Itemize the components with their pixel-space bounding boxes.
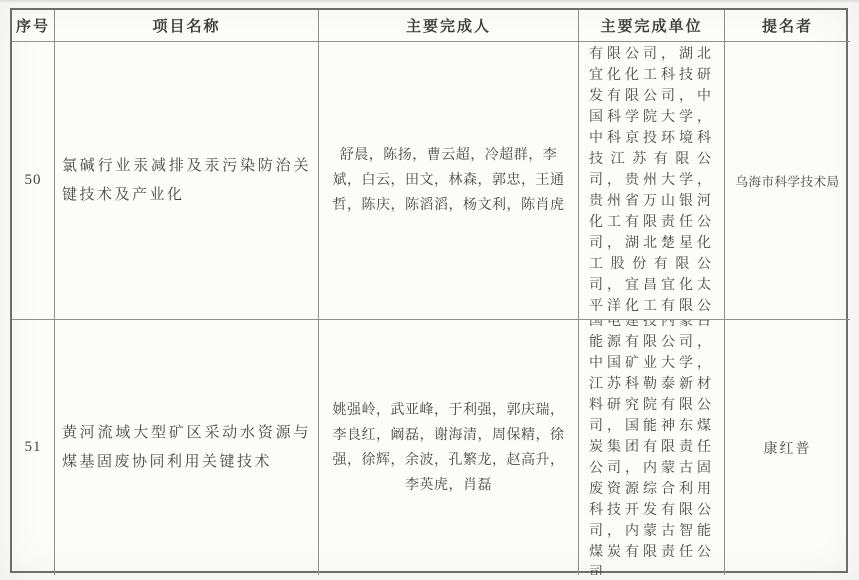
header-serial-number: 序号 [12, 10, 55, 42]
row-50-main-completers-text: 舒晨，陈扬，曹云超，冷超群，李斌，白云，田文，林森，郭忠，王通哲，陈庆，陈滔滔，… [319, 143, 578, 218]
header-nominator: 提名者 [725, 10, 850, 42]
row-51-main-completing-units-text: 国电建投内蒙古能源有限公司，中国矿业大学，江苏科勒泰新材料研究院有限公司，国能神… [579, 320, 724, 575]
row-50-nominator: 乌海市科学技术局 [725, 42, 850, 320]
header-main-completing-units: 主要完成单位 [579, 10, 725, 42]
header-project-name: 项目名称 [55, 10, 319, 42]
row-51-serial-number: 51 [12, 320, 55, 575]
row-51-main-completers-text: 姚强岭，武亚峰，于利强，郭庆瑞，李良红，阚磊，谢海清，周保精，徐强，徐辉，余波，… [319, 398, 578, 498]
row-50-project-name: 氯碱行业汞减排及汞污染防治关键技术及产业化 [55, 42, 319, 320]
header-main-completers: 主要完成人 [319, 10, 579, 42]
row-51-project-name-text: 黄河流域大型矿区采动水资源与煤基固废协同利用关键技术 [55, 419, 318, 477]
row-51-main-completing-units: 国电建投内蒙古能源有限公司，中国矿业大学，江苏科勒泰新材料研究院有限公司，国能神… [579, 320, 725, 575]
document-page: 序号 项目名称 主要完成人 主要完成单位 提名者 50 氯碱行业汞减排及汞污染防… [0, 0, 859, 580]
row-51-project-name: 黄河流域大型矿区采动水资源与煤基固废协同利用关键技术 [55, 320, 319, 575]
row-51-nominator-text: 康红普 [725, 438, 850, 458]
row-50-main-completing-units-text: 内蒙古宜化化工有限公司，湖北宜化化工科技研发有限公司，中国科学院大学，中科京投环… [579, 42, 724, 320]
row-50-project-name-text: 氯碱行业汞减排及汞污染防治关键技术及产业化 [55, 152, 318, 210]
award-projects-table: 序号 项目名称 主要完成人 主要完成单位 提名者 50 氯碱行业汞减排及汞污染防… [10, 8, 848, 573]
row-50-serial-number: 50 [12, 42, 55, 320]
row-50-nominator-text: 乌海市科学技术局 [725, 172, 850, 190]
row-51-main-completers: 姚强岭，武亚峰，于利强，郭庆瑞，李良红，阚磊，谢海清，周保精，徐强，徐辉，余波，… [319, 320, 579, 575]
row-51-nominator: 康红普 [725, 320, 850, 575]
row-50-main-completers: 舒晨，陈扬，曹云超，冷超群，李斌，白云，田文，林森，郭忠，王通哲，陈庆，陈滔滔，… [319, 42, 579, 320]
row-50-main-completing-units: 内蒙古宜化化工有限公司，湖北宜化化工科技研发有限公司，中国科学院大学，中科京投环… [579, 42, 725, 320]
